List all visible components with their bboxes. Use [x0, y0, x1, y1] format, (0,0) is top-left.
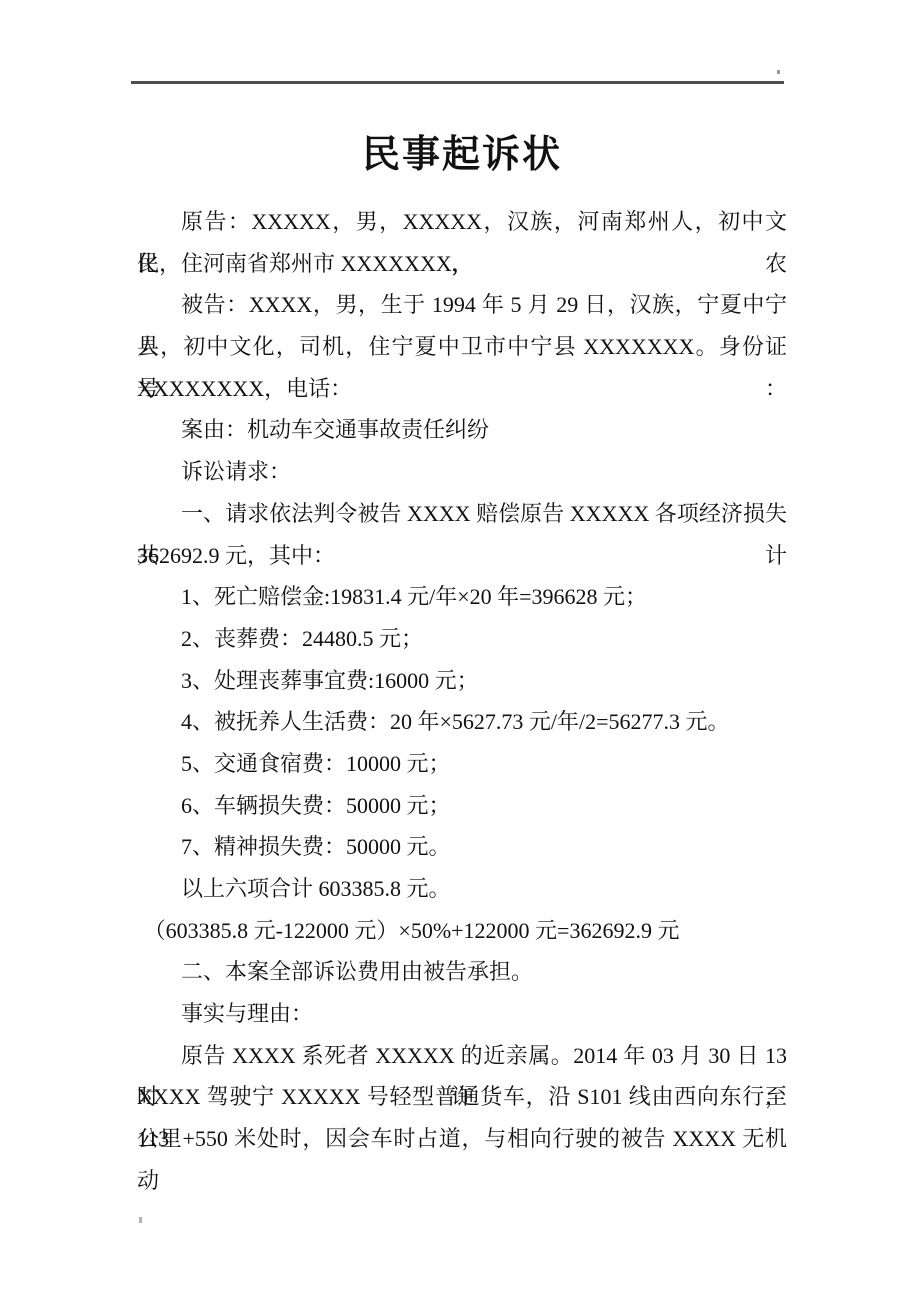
document-line: 原告 XXXX 系死者 XXXXX 的近亲属。2014 年 03 月 30 日 …: [137, 1035, 787, 1077]
document-body: 原告：XXXXX，男，XXXXX，汉族，河南郑州人，初中文化，农民，住河南省郑州…: [137, 201, 787, 1160]
document-line: 5、交通食宿费：10000 元；: [137, 743, 787, 785]
document-line: 二、本案全部诉讼费用由被告承担。: [137, 951, 787, 993]
document-line: 2、丧葬费：24480.5 元；: [137, 618, 787, 660]
header-separator-rule: [131, 81, 784, 84]
document-line: 公里+550 米处时，因会车时占道，与相向行驶的被告 XXXX 无机动: [137, 1118, 787, 1160]
document-line: （603385.8 元-122000 元）×50%+122000 元=36269…: [137, 910, 787, 952]
document-page: 民事起诉状 原告：XXXXX，男，XXXXX，汉族，河南郑州人，初中文化，农民，…: [0, 0, 920, 1302]
document-line: 1、死亡赔偿金:19831.4 元/年×20 年=396628 元；: [137, 576, 787, 618]
document-line: 6、车辆损失费：50000 元；: [137, 785, 787, 827]
document-line: 案由：机动车交通事故责任纠纷: [137, 409, 787, 451]
document-line: 人，初中文化，司机，住宁夏中卫市中宁县 XXXXXXX。身份证号：: [137, 326, 787, 368]
document-line: 7、精神损失费：50000 元。: [137, 826, 787, 868]
document-line: 4、被抚养人生活费：20 年×5627.73 元/年/2=56277.3 元。: [137, 701, 787, 743]
document-line: 被告：XXXX，男，生于 1994 年 5 月 29 日，汉族，宁夏中宁县: [137, 284, 787, 326]
document-line: 原告：XXXXX，男，XXXXX，汉族，河南郑州人，初中文化，农: [137, 201, 787, 243]
document-line: 事实与理由：: [137, 993, 787, 1035]
document-line: 3、处理丧葬事宜费:16000 元；: [137, 660, 787, 702]
page-speck-bottom-left: [139, 1217, 142, 1223]
document-line: XXXX 驾驶宁 XXXXX 号轻型普通货车，沿 S101 线由西向东行至 11…: [137, 1076, 787, 1118]
document-line: 一、请求依法判令被告 XXXX 赔偿原告 XXXXX 各项经济损失共计: [137, 493, 787, 535]
page-speck-top-right: [777, 70, 780, 74]
document-line: 诉讼请求：: [137, 451, 787, 493]
page-title: 民事起诉状: [137, 123, 787, 187]
document-line: 以上六项合计 603385.8 元。: [137, 868, 787, 910]
